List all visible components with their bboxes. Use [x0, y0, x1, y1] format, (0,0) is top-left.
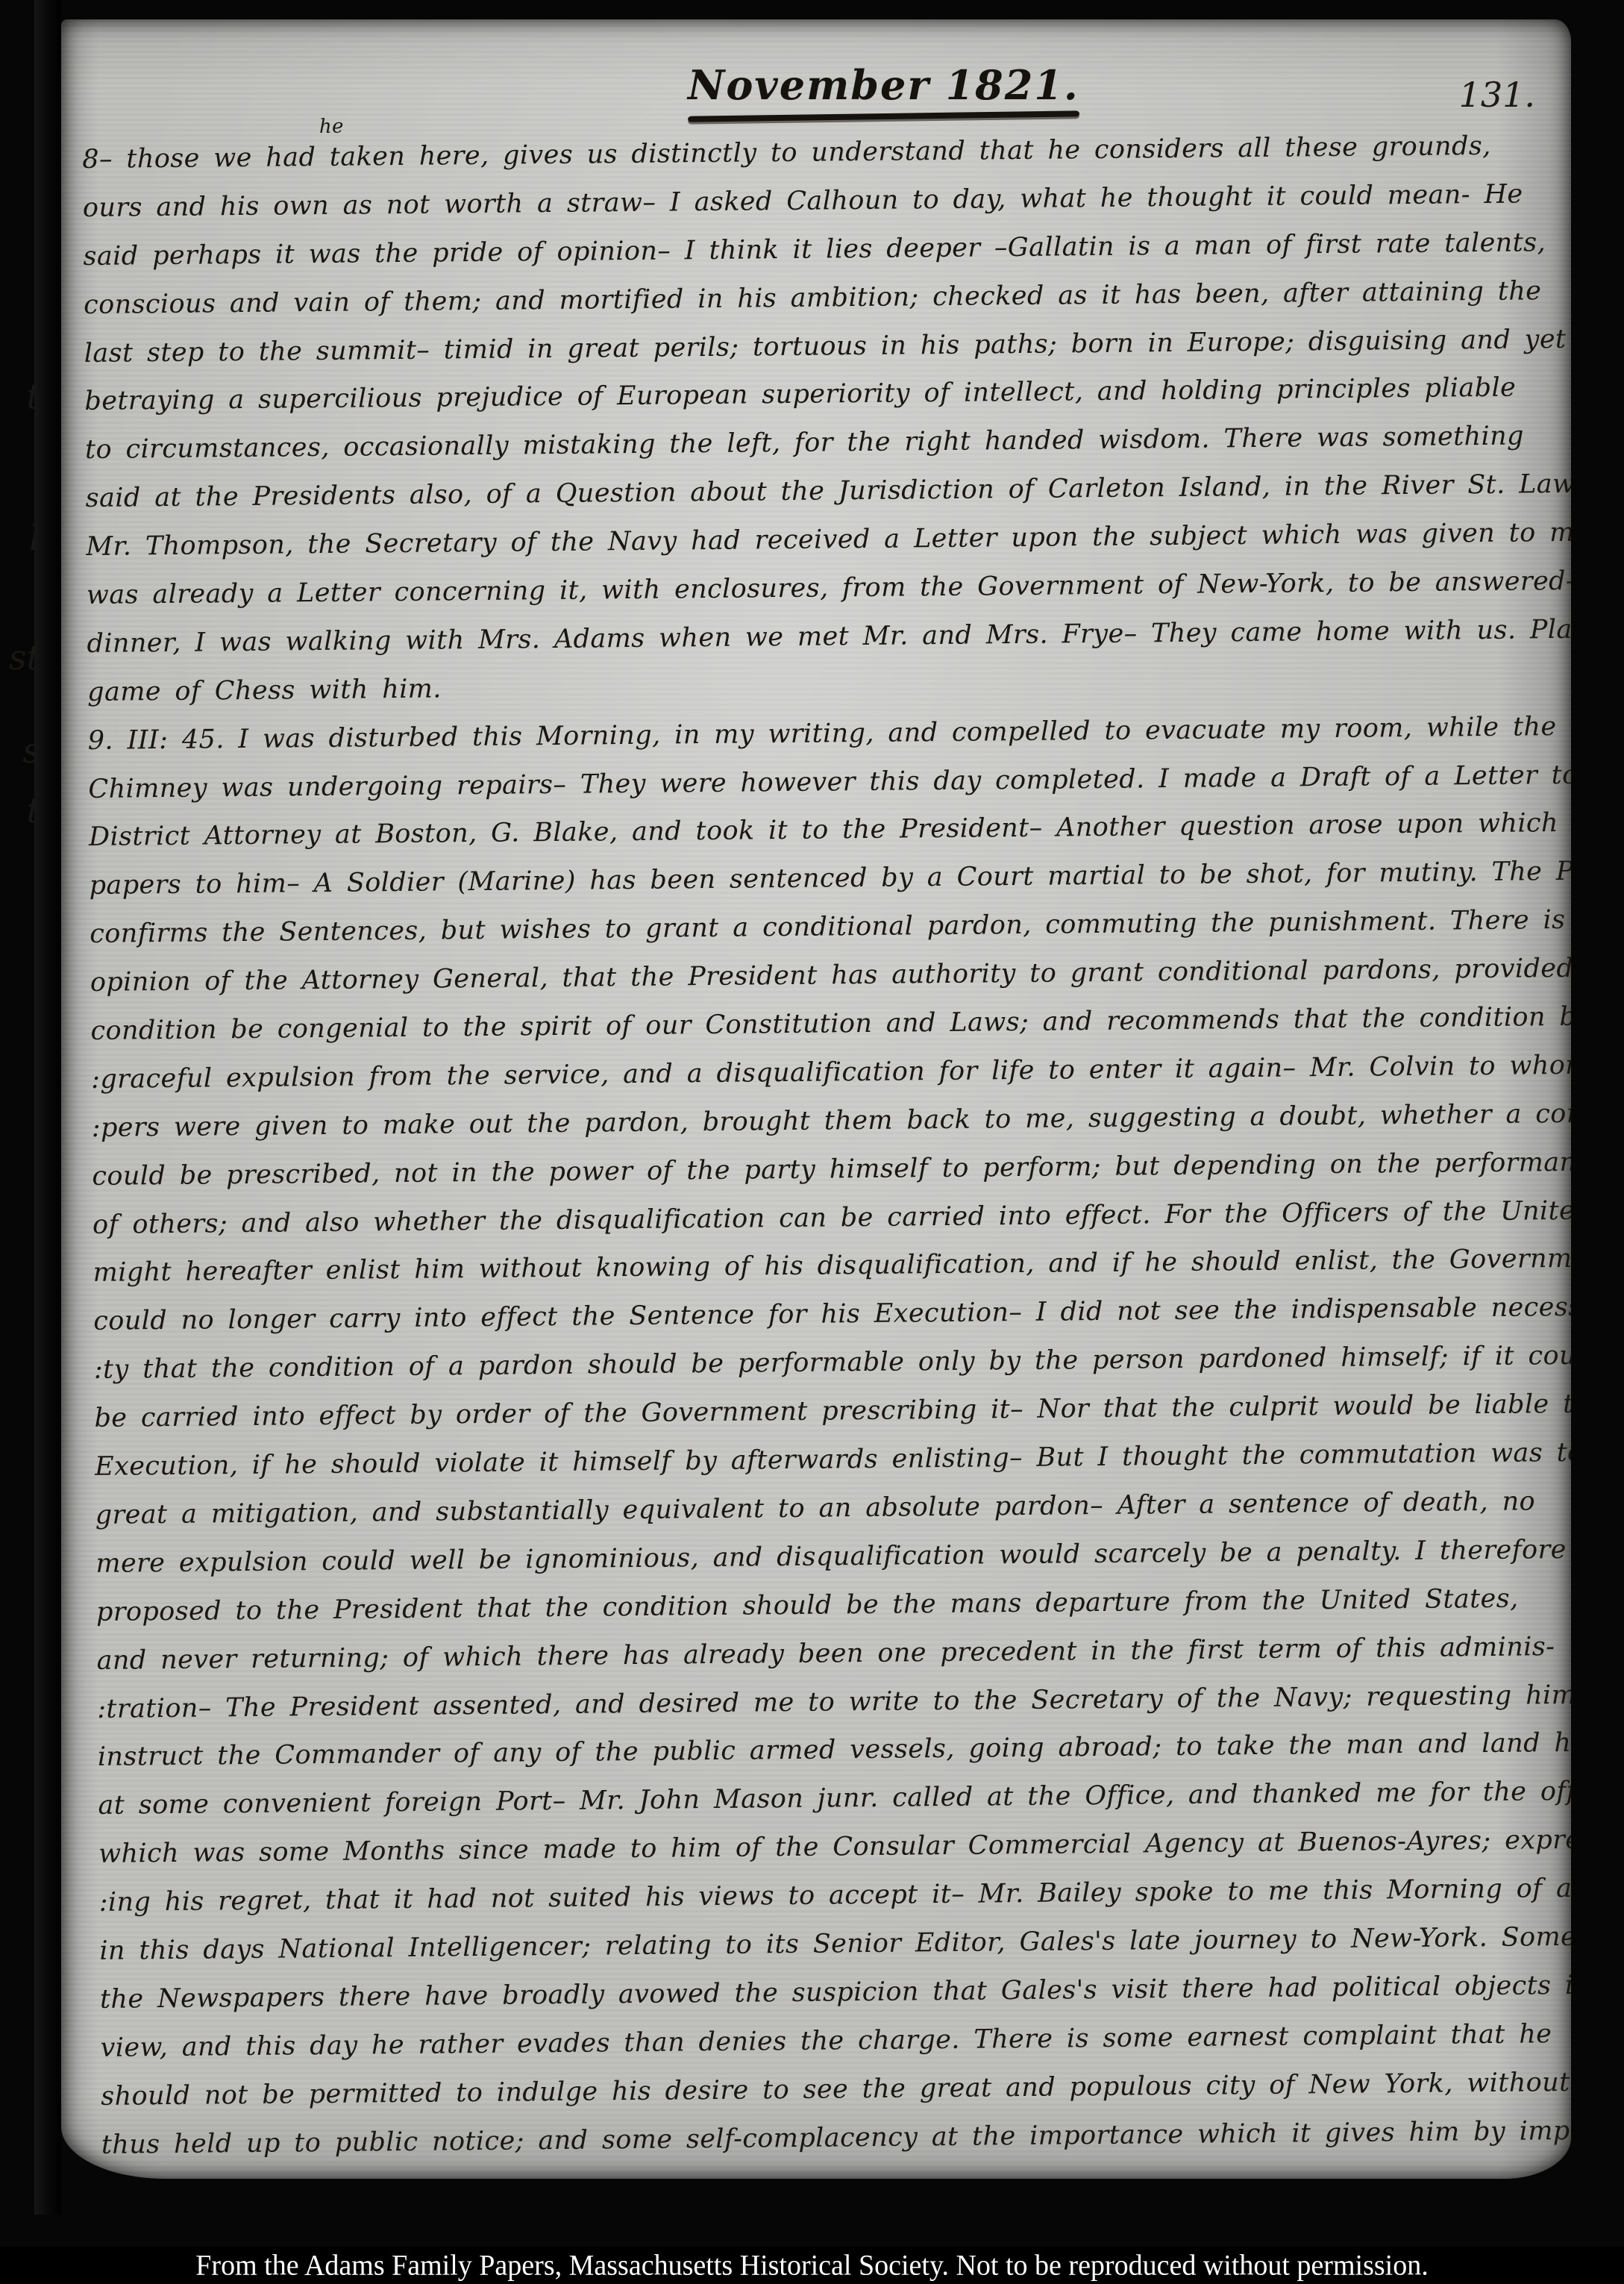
facing-page-ink-fragment: s: [22, 730, 34, 771]
facing-page-ink-fragment: t: [27, 790, 35, 830]
page-title: November 1821.: [688, 61, 1079, 119]
manuscript-text: he 8– those we had taken here, gives us …: [82, 122, 1571, 2169]
manuscript-page: November 1821. 131. he 8– those we had t…: [61, 19, 1571, 2179]
credit-caption-text: From the Adams Family Papers, Massachuse…: [195, 2248, 1428, 2283]
facing-page-ink-fragment: st: [9, 637, 34, 678]
facing-page-ink-fragment: l: [29, 518, 34, 558]
book-gutter: [34, 0, 61, 2215]
page-number: 131.: [1459, 75, 1535, 115]
interlined-word: he: [319, 116, 344, 138]
facing-page-edge: tlstst: [0, 18, 34, 2182]
credit-caption-bar: From the Adams Family Papers, Massachuse…: [0, 2247, 1624, 2284]
scanned-manuscript-photo: tlstst November 1821. 131. he 8– those w…: [0, 0, 1624, 2284]
facing-page-ink-fragment: t: [27, 376, 35, 416]
